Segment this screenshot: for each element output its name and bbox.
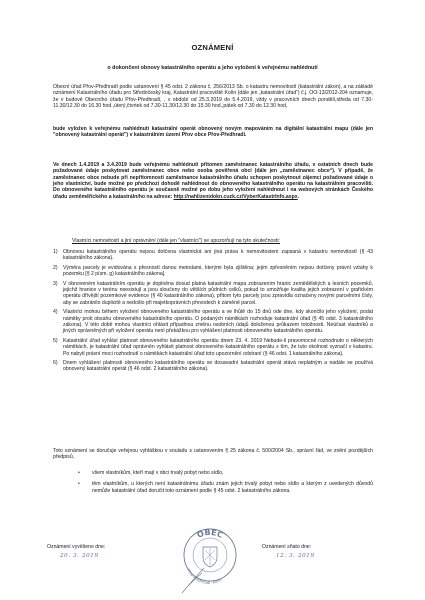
link-suffix: .	[298, 194, 299, 200]
item-text: V obnoveném katastrálním operátu je dopl…	[63, 281, 373, 306]
item-text: Obnovou katastrálního operátu nejsou dot…	[63, 249, 373, 261]
item-number: 5)	[53, 338, 58, 344]
list-item: 3)V obnoveném katastrálním operátu je do…	[53, 281, 373, 306]
item-number: 1)	[53, 249, 58, 255]
cadastre-link[interactable]: http://nahlizenidokn.cuzk.cz/VyberKatast…	[174, 194, 298, 200]
removed-date: 12. 3. 2019	[276, 553, 315, 559]
item-text: Vlastníci mohou během vyložení obnovenéh…	[63, 309, 373, 334]
bullet-text: těm vlastníkům, u kterých není katastrál…	[92, 481, 373, 493]
item-number: 4)	[53, 309, 58, 315]
intro-paragraph: Obecní úřad Přov-Předhradí podle ustanov…	[53, 84, 373, 109]
posted-date: 20. 3. 2019	[60, 553, 99, 559]
notice-heading: Vlastníci nemovitostí a jiní oprávnění (…	[72, 238, 372, 244]
bullet-text: všem vlastníkům, kteří mají v obci trval…	[92, 470, 223, 476]
list-item: 2)Výměra parcely je evidována s přesnost…	[53, 265, 373, 278]
presence-paragraph: Ve dnech 1.4.2019 a 3.4.2019 bude veřejn…	[53, 162, 373, 200]
item-text: Katastrální úřad vyhlásí platnost obnove…	[63, 338, 373, 357]
delivery-paragraph: Toto oznámení se doručuje veřejnou vyhlá…	[53, 448, 373, 461]
exhibition-paragraph: bude vyložen k veřejnému nahlédnutí kata…	[53, 126, 373, 139]
notice-list: 1)Obnovou katastrálního operátu nejsou d…	[53, 249, 373, 376]
document-title: OZNÁMENÍ	[0, 43, 425, 52]
removed-label: Oznámení sňato dne:	[262, 544, 311, 550]
item-text: Dnem vyhlášení platnosti obnoveného kata…	[63, 360, 373, 372]
posted-label: Oznámení vyvěšeno dne:	[47, 544, 105, 550]
item-number: 2)	[53, 265, 58, 271]
item-number: 6)	[53, 360, 58, 366]
bullet-icon: •	[78, 470, 80, 476]
item-text: Výměra parcely je evidována s přesností …	[63, 265, 373, 277]
bullet-icon: •	[78, 481, 80, 487]
item-number: 3)	[53, 281, 58, 287]
list-item: 6)Dnem vyhlášení platnosti obnoveného ka…	[53, 360, 373, 373]
document-subtitle: o dokončení obnovy katastrálního operátu…	[0, 65, 425, 71]
document-page: OZNÁMENÍ o dokončení obnovy katastrálníh…	[0, 0, 425, 600]
list-item: 4)Vlastníci mohou během vyložení obnoven…	[53, 309, 373, 334]
municipal-stamp-icon: OBEC Přov-Předhradí, Kolín	[174, 523, 244, 595]
list-item: •těm vlastníkům, u kterých není katastrá…	[78, 481, 373, 494]
list-item: •všem vlastníkům, kteří mají v obci trva…	[78, 470, 373, 476]
list-item: 1)Obnovou katastrálního operátu nejsou d…	[53, 249, 373, 262]
list-item: 5)Katastrální úřad vyhlásí platnost obno…	[53, 338, 373, 357]
recipient-list: •všem vlastníkům, kteří mají v obci trva…	[78, 470, 373, 499]
